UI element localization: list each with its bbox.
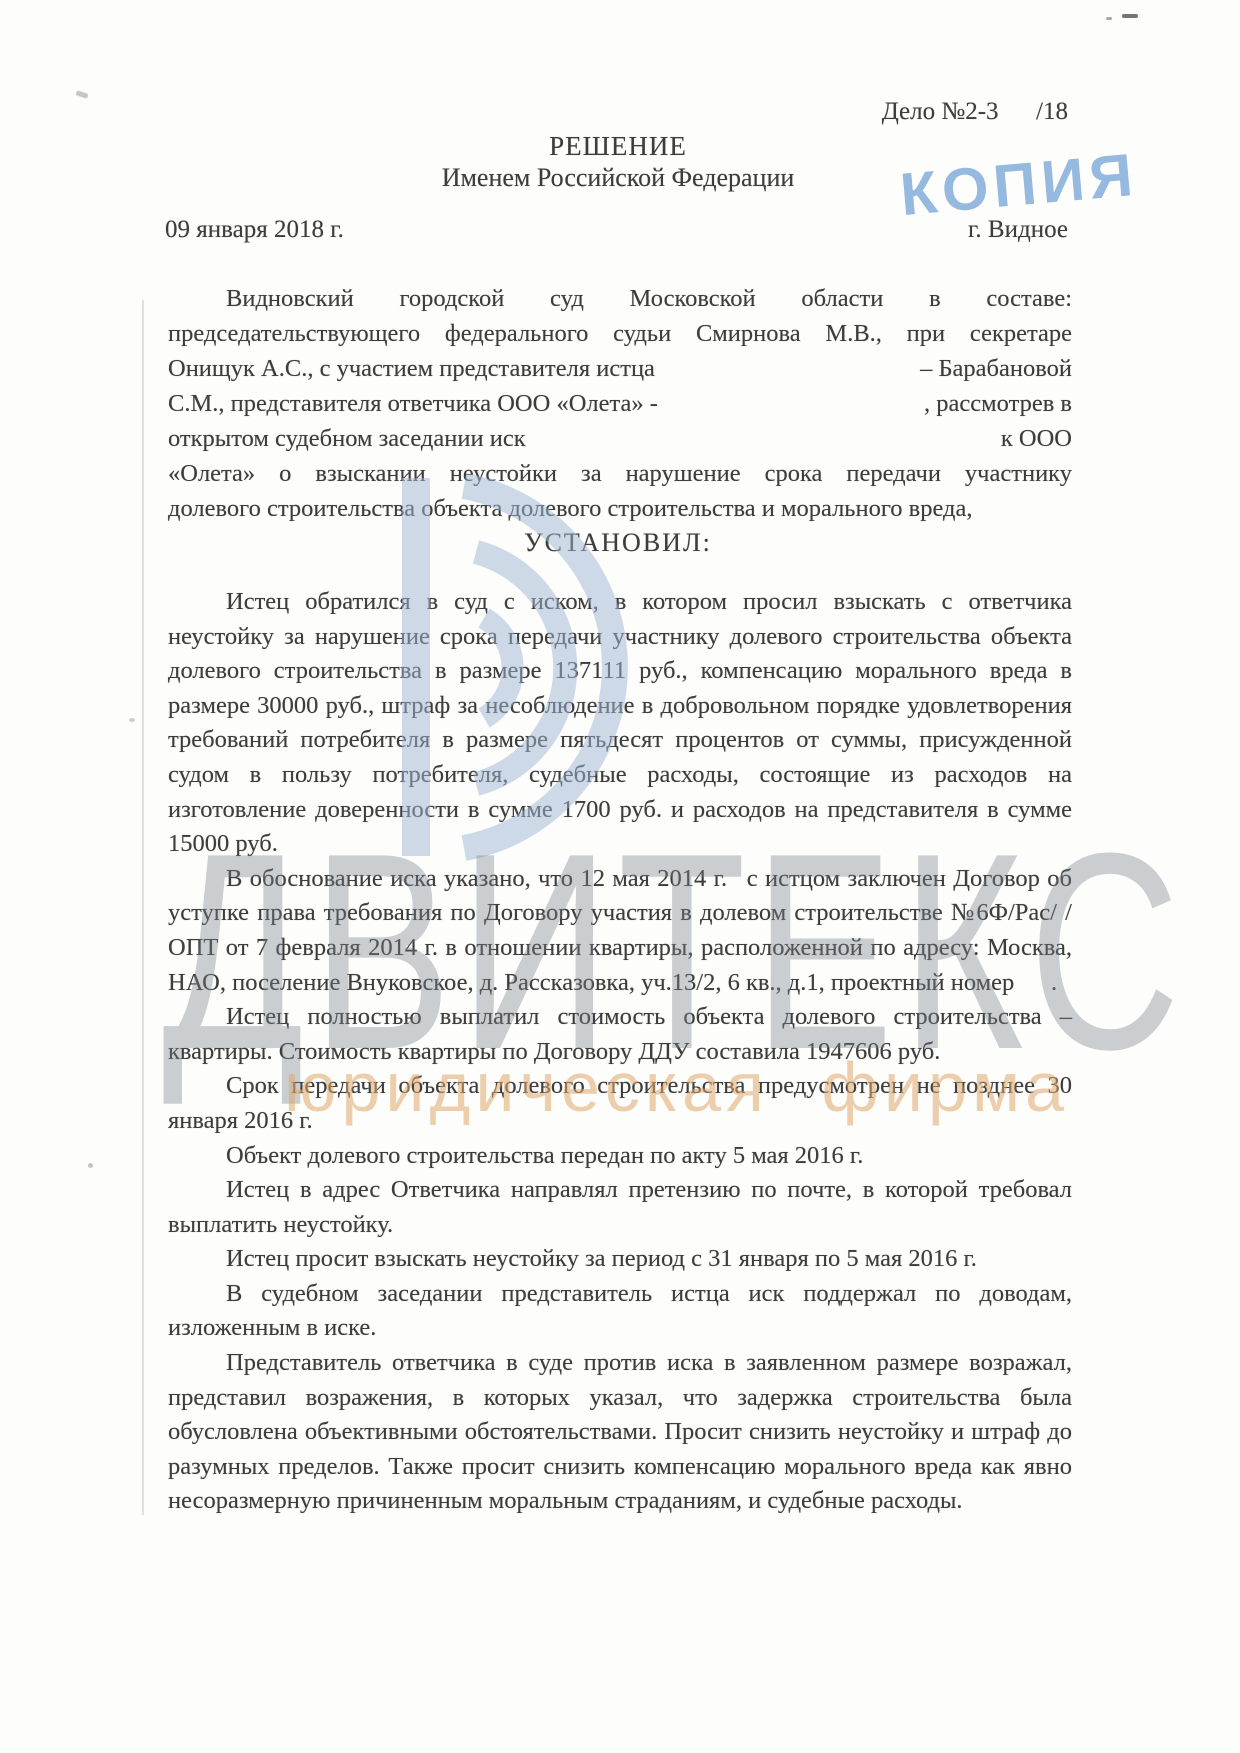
body-paragraph-5: Объект долевого строительства передан по… (168, 1139, 1072, 1174)
body-paragraph-9: Представитель ответчика в суде против ис… (168, 1346, 1072, 1519)
intro-line-7: долевого строительства объекта долевого … (168, 491, 1072, 526)
scan-artifact-speck (129, 718, 135, 722)
case-number: Дело №2-3 /18 (168, 98, 1068, 126)
scan-artifact-speck (1106, 17, 1112, 20)
intro-line-6: «Олета» о взыскании неустойки за нарушен… (168, 456, 1072, 491)
intro-line-4-right: , рассмотрев в (924, 386, 1072, 421)
intro-line-4: С.М., представителя ответчика ООО «Олета… (168, 386, 1072, 421)
body-paragraph-3: Истец полностью выплатил стоимость объек… (168, 1000, 1072, 1069)
intro-line-5-right: к ООО (1001, 421, 1072, 456)
document-title: РЕШЕНИЕ (168, 131, 1068, 162)
body-paragraph-7: Истец просит взыскать неустойку за перио… (168, 1242, 1072, 1277)
intro-line-5-left: открытом судебном заседании иск (168, 421, 526, 456)
date-place-row: 09 января 2018 г. г. Видное (165, 216, 1068, 244)
body-paragraph-8: В судебном заседании представитель истца… (168, 1277, 1072, 1346)
decision-body: Истец обратился в суд с иском, в котором… (168, 585, 1072, 1519)
section-heading-ustanovil: УСТАНОВИЛ: (168, 528, 1068, 558)
intro-line-3-right: – Барабановой (920, 351, 1072, 386)
scan-artifact-vertical-line (142, 300, 144, 1515)
decision-date: 09 января 2018 г. (165, 216, 344, 244)
scan-artifact-speck (76, 90, 89, 98)
intro-line-4-left: С.М., представителя ответчика ООО «Олета… (168, 386, 658, 421)
court-decision-scan-page: ДВИТЕКС юридическая фирма КОПИЯ Дело №2-… (0, 0, 1240, 1753)
body-paragraph-4: Срок передачи объекта долевого строитель… (168, 1069, 1072, 1138)
body-paragraph-1: Истец обратился в суд с иском, в котором… (168, 585, 1072, 862)
intro-line-5: открытом судебном заседании иск к ООО (168, 421, 1072, 456)
scan-artifact-speck (1122, 14, 1138, 18)
intro-line-3-left: Онищук А.С., с участием представителя ис… (168, 351, 655, 386)
decision-place: г. Видное (968, 216, 1068, 244)
scan-artifact-speck (88, 1163, 93, 1168)
intro-line-1: Видновский городской суд Московской обла… (168, 281, 1072, 316)
intro-line-3: Онищук А.С., с участием представителя ис… (168, 351, 1072, 386)
body-paragraph-6: Истец в адрес Ответчика направлял претен… (168, 1173, 1072, 1242)
document-subtitle: Именем Российской Федерации (168, 163, 1068, 193)
court-composition-paragraph: Видновский городской суд Московской обла… (168, 281, 1072, 526)
body-paragraph-2: В обоснование иска указано, что 12 мая 2… (168, 862, 1072, 1000)
intro-line-2: председательствующего федерального судьи… (168, 316, 1072, 351)
